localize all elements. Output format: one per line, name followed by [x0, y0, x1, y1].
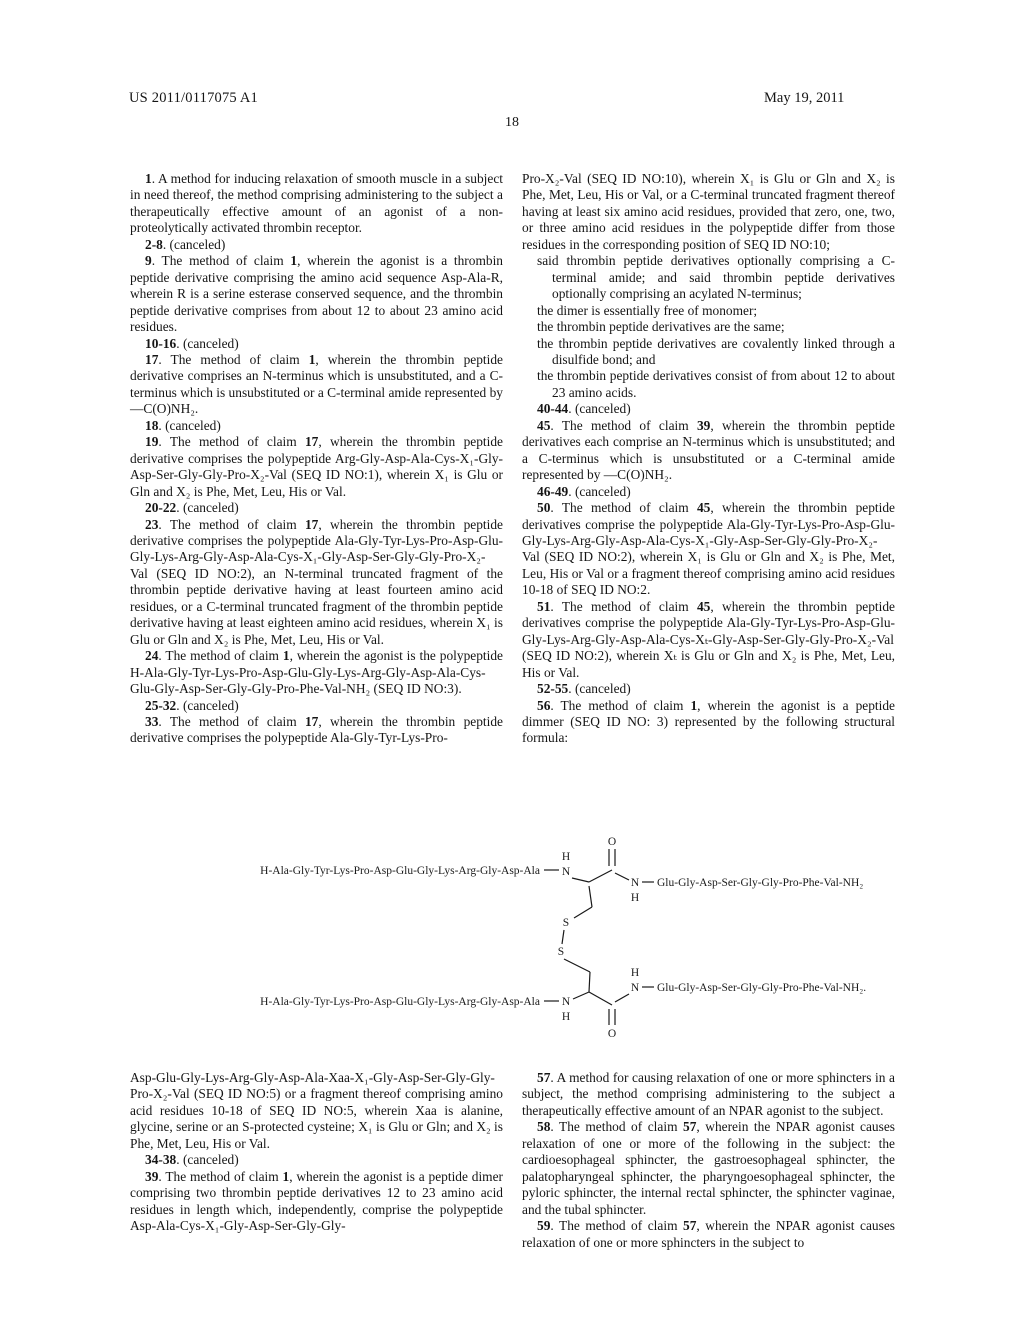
claim-paragraph: 45. The method of claim 39, wherein the …: [522, 418, 895, 484]
bond: [615, 873, 629, 880]
claim-paragraph: 59. The method of claim 57, wherein the …: [522, 1218, 895, 1251]
publication-date: May 19, 2011: [764, 90, 844, 107]
bond: [574, 907, 592, 918]
claim-paragraph: 39. The method of claim 1, wherein the a…: [130, 1169, 503, 1235]
oxygen-label: O: [608, 836, 616, 848]
claim-paragraph: Asp-Glu-Gly-Lys-Arg-Gly-Asp-Ala-Xaa-X₁-G…: [130, 1070, 503, 1152]
claim-paragraph: 1. A method for inducing relaxation of s…: [130, 171, 503, 237]
claim-paragraph: 23. The method of claim 17, wherein the …: [130, 517, 503, 649]
claim-paragraph: 25-32. (canceled): [130, 698, 503, 714]
claim-paragraph: 52-55. (canceled): [522, 681, 895, 697]
peptide-chain-label-bottom-left: H-Ala-Gly-Tyr-Lys-Pro-Asp-Glu-Gly-Lys-Ar…: [260, 996, 540, 1008]
peptide-chain-label-bottom-right: Glu-Gly-Asp-Ser-Gly-Gly-Pro-Phe-Val-NH₂.: [657, 982, 866, 994]
disulfide-bond: [562, 930, 564, 944]
nitrogen-label: N: [562, 866, 571, 878]
claims-column-top-left: 1. A method for inducing relaxation of s…: [130, 171, 503, 747]
oxygen-label: O: [608, 1028, 616, 1040]
claims-column-bottom-left: Asp-Glu-Gly-Lys-Arg-Gly-Asp-Ala-Xaa-X₁-G…: [130, 1070, 503, 1235]
chemical-structure-diagram: H-Ala-Gly-Tyr-Lys-Pro-Asp-Glu-Gly-Lys-Ar…: [245, 833, 915, 1045]
claims-column-bottom-right: 57. A method for causing relaxation of o…: [522, 1070, 895, 1251]
publication-number: US 2011/0117075 A1: [129, 90, 258, 107]
nitrogen-label: N: [631, 877, 640, 889]
claim-paragraph: 18. (canceled): [130, 418, 503, 434]
sulfur-label: S: [563, 917, 569, 929]
sulfur-label: S: [558, 946, 564, 958]
bond: [564, 959, 590, 972]
claim-paragraph: 20-22. (canceled): [130, 500, 503, 516]
claim-paragraph: 57. A method for causing relaxation of o…: [522, 1070, 895, 1119]
bond: [573, 992, 589, 999]
claim-paragraph: 51. The method of claim 45, wherein the …: [522, 599, 895, 681]
claim-subclause: the thrombin peptide derivatives are cov…: [522, 336, 895, 369]
claim-paragraph: 19. The method of claim 17, wherein the …: [130, 434, 503, 500]
hydrogen-label: H: [562, 851, 570, 863]
claim-paragraph: Pro-X₂-Val (SEQ ID NO:10), wherein X₁ is…: [522, 171, 895, 253]
bond: [589, 886, 592, 907]
claim-subclause: the thrombin peptide derivatives are the…: [522, 319, 895, 335]
peptide-chain-label-top-left: H-Ala-Gly-Tyr-Lys-Pro-Asp-Glu-Gly-Lys-Ar…: [260, 865, 540, 877]
nitrogen-label: N: [562, 996, 571, 1008]
claim-subclause: the dimer is essentially free of monomer…: [522, 303, 895, 319]
claim-paragraph: 46-49. (canceled): [522, 484, 895, 500]
bond: [589, 972, 590, 992]
bond: [572, 878, 589, 882]
claim-paragraph: 33. The method of claim 17, wherein the …: [130, 714, 503, 747]
claim-paragraph: 9. The method of claim 1, wherein the ag…: [130, 253, 503, 335]
claim-paragraph: 40-44. (canceled): [522, 401, 895, 417]
claim-paragraph: 56. The method of claim 1, wherein the a…: [522, 698, 895, 747]
hydrogen-label: H: [631, 892, 639, 904]
claim-paragraph: 50. The method of claim 45, wherein the …: [522, 500, 895, 599]
claim-paragraph: 2-8. (canceled): [130, 237, 503, 253]
claims-column-top-right: Pro-X₂-Val (SEQ ID NO:10), wherein X₁ is…: [522, 171, 895, 747]
nitrogen-label: N: [631, 982, 640, 994]
claim-subclause: said thrombin peptide derivatives option…: [522, 253, 895, 302]
hydrogen-label: H: [631, 967, 639, 979]
claim-subclause: the thrombin peptide derivatives consist…: [522, 368, 895, 401]
page-number: 18: [0, 115, 1024, 131]
claim-paragraph: 58. The method of claim 57, wherein the …: [522, 1119, 895, 1218]
bond: [589, 992, 612, 1005]
bond: [589, 870, 612, 882]
claim-paragraph: 17. The method of claim 1, wherein the t…: [130, 352, 503, 418]
bond: [615, 994, 629, 1002]
hydrogen-label: H: [562, 1011, 570, 1023]
claim-paragraph: 24. The method of claim 1, wherein the a…: [130, 648, 503, 697]
peptide-chain-label-top-right: Glu-Gly-Asp-Ser-Gly-Gly-Pro-Phe-Val-NH₂: [657, 877, 863, 889]
claim-paragraph: 34-38. (canceled): [130, 1152, 503, 1168]
claim-paragraph: 10-16. (canceled): [130, 336, 503, 352]
patent-page: US 2011/0117075 A1 May 19, 2011 18 1. A …: [0, 0, 1024, 1320]
